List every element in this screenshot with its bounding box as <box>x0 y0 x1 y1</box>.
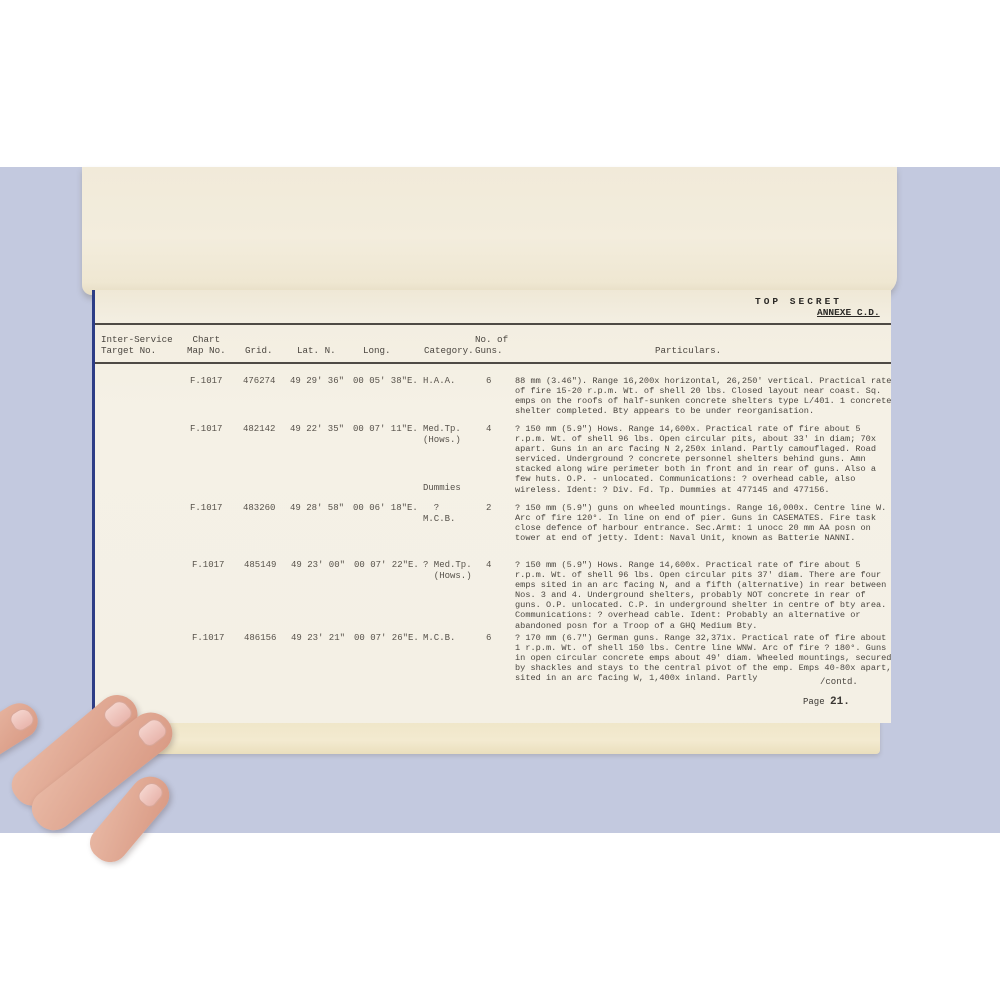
cell-particulars: ? 150 mm (5.9") Hows. Range 14,600x. Pra… <box>515 560 895 631</box>
cell-long: 00 07' 11"E. <box>353 424 418 435</box>
cell-particulars: ? 150 mm (5.9") guns on wheeled mounting… <box>515 503 895 543</box>
cell-category: ? Med.Tp. (Hows.) <box>423 560 472 581</box>
fingernail <box>7 705 36 734</box>
cell-guns: 2 <box>486 503 491 514</box>
col-header-target-no: Inter-Service Target No. <box>101 334 173 356</box>
cell-chart-map-no: F.1017 <box>192 633 224 644</box>
cell-guns: 4 <box>486 560 491 571</box>
cell-lat: 49 22' 35" <box>290 424 344 435</box>
cell-lat: 49 29' 36" <box>290 376 344 387</box>
cell-particulars: ? 150 mm (5.9") Hows. Range 14,600x. Pra… <box>515 424 895 495</box>
header-bottom-rule <box>95 362 891 364</box>
cell-grid: 483260 <box>243 503 275 514</box>
cell-guns: 6 <box>486 633 491 644</box>
fingernail <box>135 779 166 810</box>
classification-label: TOP SECRET <box>755 296 842 307</box>
col-header-guns: No. of Guns. <box>475 334 508 356</box>
col-header-particulars: Particulars. <box>655 345 721 356</box>
cell-particulars: 88 mm (3.46"). Range 16,200x horizontal,… <box>515 376 900 416</box>
page-label: Page <box>803 697 825 707</box>
cell-grid: 485149 <box>244 560 276 571</box>
cell-guns: 4 <box>486 424 491 435</box>
document-page: TOP SECRET ANNEXE C.D. Inter-Service Tar… <box>92 290 891 723</box>
cell-chart-map-no: F.1017 <box>190 503 222 514</box>
cell-chart-map-no: F.1017 <box>192 560 224 571</box>
cell-category: ? M.C.B. <box>423 503 455 524</box>
col-header-chart-map-no: Chart Map No. <box>187 334 226 356</box>
page-number-value: 21. <box>830 696 850 708</box>
cell-lat: 49 28' 58" <box>290 503 344 514</box>
cell-chart-map-no: F.1017 <box>190 424 222 435</box>
col-header-long: Long. <box>363 345 391 356</box>
header-top-rule <box>95 323 891 325</box>
cell-category: M.C.B. <box>423 633 455 644</box>
fingernail <box>135 715 170 749</box>
cell-particulars: ? 170 mm (6.7") German guns. Range 32,37… <box>515 633 895 683</box>
cell-category: H.A.A. <box>423 376 455 387</box>
cell-grid: 482142 <box>243 424 275 435</box>
col-header-grid: Grid. <box>245 345 273 356</box>
cell-grid: 486156 <box>244 633 276 644</box>
continued-marker: /contd. <box>820 677 858 687</box>
folded-previous-page <box>82 167 897 295</box>
cell-long: 00 07' 22"E. <box>354 560 419 571</box>
annex-label: ANNEXE C.D. <box>817 307 880 318</box>
cell-lat: 49 23' 21" <box>291 633 345 644</box>
cell-long: 00 07' 26"E. <box>354 633 419 644</box>
cell-long: 00 05' 38"E. <box>353 376 418 387</box>
col-header-lat: Lat. N. <box>297 345 336 356</box>
cell-category-note: Dummies <box>423 483 461 494</box>
binding-strip <box>100 720 880 754</box>
page-number: Page 21. <box>803 696 850 708</box>
cell-long: 00 06' 18"E. <box>353 503 418 514</box>
cell-lat: 49 23' 00" <box>291 560 345 571</box>
cell-chart-map-no: F.1017 <box>190 376 222 387</box>
col-header-category: Category. <box>424 345 474 356</box>
cell-category: Med.Tp. (Hows.) <box>423 424 461 445</box>
cell-grid: 476274 <box>243 376 275 387</box>
cell-guns: 6 <box>486 376 491 387</box>
